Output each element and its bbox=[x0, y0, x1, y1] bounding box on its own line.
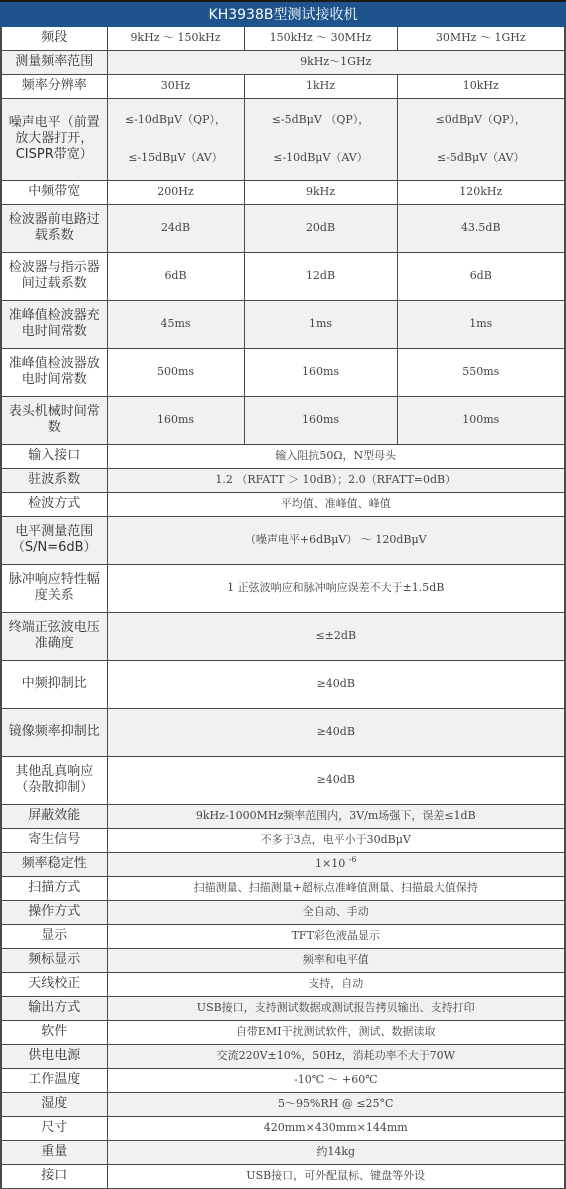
cell-value: TFT彩色液晶显示 bbox=[107, 924, 564, 948]
row-label: 频标显示 bbox=[2, 948, 107, 972]
noise-qp: ≤0dBμV（QP）， bbox=[401, 112, 562, 128]
row-label: 软件 bbox=[2, 1020, 107, 1044]
table-row: 扫描方式扫描测量、扫描测量+超标点准峰值测量、扫描最大值保持 bbox=[2, 876, 564, 900]
cell-value: 支持，自动 bbox=[107, 972, 564, 996]
table-row: 供电电源交流220V±10%，50Hz，消耗功率不大于70W bbox=[2, 1044, 564, 1068]
row-label: 工作温度 bbox=[2, 1068, 107, 1092]
cell-value: 1ms bbox=[244, 300, 397, 348]
cell-value: 12dB bbox=[244, 252, 397, 300]
row-label: 噪声电平（前置放大器打开，CISPR带宽） bbox=[2, 98, 107, 180]
table-row: 终端正弦波电压准确度≤±2dB bbox=[2, 612, 564, 660]
table-row: 检波方式平均值、准峰值、峰值 bbox=[2, 492, 564, 516]
cell-value: 5～95%RH @ ≤25°C bbox=[107, 1092, 564, 1116]
value-text: ≥40dB bbox=[317, 773, 355, 786]
row-label: 镜像频率抑制比 bbox=[2, 708, 107, 756]
table-row: 湿度5～95%RH @ ≤25°C bbox=[2, 1092, 564, 1116]
cell-value: -10℃ ～ +60℃ bbox=[107, 1068, 564, 1092]
value-text: ≥40dB bbox=[317, 725, 355, 738]
cell-value: 全自动、手动 bbox=[107, 900, 564, 924]
noise-av: ≤-10dBμV（AV） bbox=[248, 150, 394, 166]
spec-table: 频段 9kHz ～ 150kHz 150kHz ～ 30MHz 30MHz ～ … bbox=[2, 27, 564, 1188]
cell-value: 9kHz bbox=[244, 180, 397, 204]
table-row: 重量约14kg bbox=[2, 1140, 564, 1164]
table-title: KH3938B型测试接收机 bbox=[0, 0, 566, 27]
value-text: 9kHz-1000MHz频率范围内，3V/m场强下，误差≤1dB bbox=[196, 809, 476, 822]
table-row: 镜像频率抑制比≥40dB bbox=[2, 708, 564, 756]
row-label: 表头机械时间常数 bbox=[2, 396, 107, 444]
row-label: 中频抑制比 bbox=[2, 660, 107, 708]
cell-value: 扫描测量、扫描测量+超标点准峰值测量、扫描最大值保持 bbox=[107, 876, 564, 900]
cell-value: 100ms bbox=[397, 396, 564, 444]
row-label: 尺寸 bbox=[2, 1116, 107, 1140]
value-text: 420mm×430mm×144mm bbox=[264, 1121, 408, 1134]
row-label: 准峰值检波器放电时间常数 bbox=[2, 348, 107, 396]
row-label: 输入接口 bbox=[2, 444, 107, 468]
cell-band-1: 9kHz ～ 150kHz bbox=[107, 27, 244, 50]
table-row-det-overload: 检波器与指示器间过载系数 6dB 12dB 6dB bbox=[2, 252, 564, 300]
row-label: 电平测量范围（S/N=6dB） bbox=[2, 516, 107, 564]
table-row-range: 测量频率范围 9kHz～1GHz bbox=[2, 50, 564, 74]
row-label: 操作方式 bbox=[2, 900, 107, 924]
cell-value: 自带EMI干扰测试软件，测试、数据读取 bbox=[107, 1020, 564, 1044]
cell-value: 420mm×430mm×144mm bbox=[107, 1116, 564, 1140]
value-text: 交流220V±10%，50Hz，消耗功率不大于70W bbox=[217, 1049, 455, 1062]
cell-band-3: 30MHz ～ 1GHz bbox=[397, 27, 564, 50]
row-label: 检波方式 bbox=[2, 492, 107, 516]
noise-av: ≤-15dBμV（AV） bbox=[111, 150, 241, 166]
cell-value: 输入阻抗50Ω，N型母头 bbox=[107, 444, 564, 468]
value-text: 1 正弦波响应和脉冲响应误差不大于±1.5dB bbox=[227, 581, 444, 594]
value-text: -10℃ ～ +60℃ bbox=[294, 1073, 378, 1086]
row-label: 脉冲响应特性幅度关系 bbox=[2, 564, 107, 612]
table-row: 频率稳定性1×10 -6 bbox=[2, 852, 564, 876]
cell-value: 约14kg bbox=[107, 1140, 564, 1164]
row-label: 其他乱真响应（杂散抑制） bbox=[2, 756, 107, 804]
row-label: 驻波系数 bbox=[2, 468, 107, 492]
table-row-qp-discharge: 准峰值检波器放电时间常数 500ms 160ms 550ms bbox=[2, 348, 564, 396]
cell-value: （噪声电平+6dBμV） ～ 120dBμV bbox=[107, 516, 564, 564]
row-label: 重量 bbox=[2, 1140, 107, 1164]
row-label: 天线校正 bbox=[2, 972, 107, 996]
table-row-qp-charge: 准峰值检波器充电时间常数 45ms 1ms 1ms bbox=[2, 300, 564, 348]
row-label: 测量频率范围 bbox=[2, 50, 107, 74]
row-label: 频率分辨率 bbox=[2, 74, 107, 98]
cell-value: 20dB bbox=[244, 204, 397, 252]
table-row-noise: 噪声电平（前置放大器打开，CISPR带宽） ≤-10dBμV（QP），≤-15d… bbox=[2, 98, 564, 180]
value-text: 5～95%RH @ ≤25°C bbox=[278, 1097, 393, 1110]
table-row: 工作温度-10℃ ～ +60℃ bbox=[2, 1068, 564, 1092]
table-row: 天线校正支持，自动 bbox=[2, 972, 564, 996]
value-text: 频率和电平值 bbox=[303, 953, 369, 966]
cell-value: 160ms bbox=[244, 396, 397, 444]
value-text: 输入阻抗50Ω，N型母头 bbox=[275, 449, 396, 462]
row-label: 准峰值检波器充电时间常数 bbox=[2, 300, 107, 348]
table-row: 尺寸420mm×430mm×144mm bbox=[2, 1116, 564, 1140]
table-row: 屏蔽效能9kHz-1000MHz频率范围内，3V/m场强下，误差≤1dB bbox=[2, 804, 564, 828]
noise-qp: ≤-10dBμV（QP）， bbox=[111, 112, 241, 128]
cell-value: 24dB bbox=[107, 204, 244, 252]
cell-value: ≥40dB bbox=[107, 660, 564, 708]
row-label: 频段 bbox=[2, 27, 107, 50]
cell-value: ≥40dB bbox=[107, 708, 564, 756]
cell-value: 45ms bbox=[107, 300, 244, 348]
value-text: 1×10 bbox=[315, 857, 345, 870]
row-label: 频率稳定性 bbox=[2, 852, 107, 876]
table-row: 其他乱真响应（杂散抑制）≥40dB bbox=[2, 756, 564, 804]
value-text: 约14kg bbox=[316, 1145, 355, 1158]
cell-value: ≤-5dBμV （QP），≤-10dBμV（AV） bbox=[244, 98, 397, 180]
cell-value: ≥40dB bbox=[107, 756, 564, 804]
table-row: 输入接口输入阻抗50Ω，N型母头 bbox=[2, 444, 564, 468]
cell-value: 160ms bbox=[107, 396, 244, 444]
cell-value: USB接口，可外配鼠标、键盘等外设 bbox=[107, 1164, 564, 1188]
row-label: 扫描方式 bbox=[2, 876, 107, 900]
cell-value: USB接口，支持测试数据或测试报告拷贝输出、支持打印 bbox=[107, 996, 564, 1020]
table-row: 驻波系数1.2 （RFATT ＞ 10dB）；2.0（RFATT=0dB） bbox=[2, 468, 564, 492]
cell-value: 1.2 （RFATT ＞ 10dB）；2.0（RFATT=0dB） bbox=[107, 468, 564, 492]
cell-value: 6dB bbox=[107, 252, 244, 300]
value-text: ≤±2dB bbox=[315, 629, 356, 642]
cell-value: 43.5dB bbox=[397, 204, 564, 252]
cell-value: 1×10 -6 bbox=[107, 852, 564, 876]
table-row: 接口USB接口，可外配鼠标、键盘等外设 bbox=[2, 1164, 564, 1188]
cell-value: ≤-10dBμV（QP），≤-15dBμV（AV） bbox=[107, 98, 244, 180]
table-row-meter-time: 表头机械时间常数 160ms 160ms 100ms bbox=[2, 396, 564, 444]
cell-value: ≤±2dB bbox=[107, 612, 564, 660]
row-label: 输出方式 bbox=[2, 996, 107, 1020]
cell-value: 500ms bbox=[107, 348, 244, 396]
cell-value: 6dB bbox=[397, 252, 564, 300]
table-row-bands: 频段 9kHz ～ 150kHz 150kHz ～ 30MHz 30MHz ～ … bbox=[2, 27, 564, 50]
cell-value: 9kHz～1GHz bbox=[107, 50, 564, 74]
noise-av: ≤-5dBμV（AV） bbox=[401, 150, 562, 166]
row-label: 检波器前电路过载系数 bbox=[2, 204, 107, 252]
row-label: 显示 bbox=[2, 924, 107, 948]
row-label: 中频带宽 bbox=[2, 180, 107, 204]
cell-value: 频率和电平值 bbox=[107, 948, 564, 972]
cell-value: 160ms bbox=[244, 348, 397, 396]
table-row-pre-overload: 检波器前电路过载系数 24dB 20dB 43.5dB bbox=[2, 204, 564, 252]
value-text: 全自动、手动 bbox=[303, 905, 369, 918]
value-text: 1.2 （RFATT ＞ 10dB）；2.0（RFATT=0dB） bbox=[215, 473, 456, 486]
table-row: 软件自带EMI干扰测试软件，测试、数据读取 bbox=[2, 1020, 564, 1044]
cell-value: 30Hz bbox=[107, 74, 244, 98]
row-label: 供电电源 bbox=[2, 1044, 107, 1068]
cell-band-2: 150kHz ～ 30MHz bbox=[244, 27, 397, 50]
table-row-resolution: 频率分辨率 30Hz 1kHz 10kHz bbox=[2, 74, 564, 98]
value-text: ≥40dB bbox=[317, 677, 355, 690]
table-row: 显示TFT彩色液晶显示 bbox=[2, 924, 564, 948]
table-row: 电平测量范围（S/N=6dB）（噪声电平+6dBμV） ～ 120dBμV bbox=[2, 516, 564, 564]
cell-value: ≤0dBμV（QP），≤-5dBμV（AV） bbox=[397, 98, 564, 180]
table-row-if-bandwidth: 中频带宽 200Hz 9kHz 120kHz bbox=[2, 180, 564, 204]
value-text: TFT彩色液晶显示 bbox=[292, 929, 380, 942]
spec-table-container: KH3938B型测试接收机 频段 9kHz ～ 150kHz 150kHz ～ … bbox=[0, 0, 566, 1189]
cell-value: 1 正弦波响应和脉冲响应误差不大于±1.5dB bbox=[107, 564, 564, 612]
exponent: -6 bbox=[349, 855, 357, 864]
cell-value: 10kHz bbox=[397, 74, 564, 98]
value-text: 扫描测量、扫描测量+超标点准峰值测量、扫描最大值保持 bbox=[194, 881, 478, 894]
value-text: （噪声电平+6dBμV） ～ 120dBμV bbox=[245, 533, 427, 546]
table-row: 操作方式全自动、手动 bbox=[2, 900, 564, 924]
table-row: 输出方式USB接口，支持测试数据或测试报告拷贝输出、支持打印 bbox=[2, 996, 564, 1020]
value-text: 平均值、准峰值、峰值 bbox=[281, 497, 391, 510]
row-label: 检波器与指示器间过载系数 bbox=[2, 252, 107, 300]
cell-value: 120kHz bbox=[397, 180, 564, 204]
table-row: 频标显示频率和电平值 bbox=[2, 948, 564, 972]
table-row: 中频抑制比≥40dB bbox=[2, 660, 564, 708]
cell-value: 200Hz bbox=[107, 180, 244, 204]
value-text: USB接口，支持测试数据或测试报告拷贝输出、支持打印 bbox=[197, 1001, 475, 1014]
row-label: 湿度 bbox=[2, 1092, 107, 1116]
value-text: 不多于3点，电平小于30dBμV bbox=[261, 833, 411, 846]
noise-qp: ≤-5dBμV （QP）， bbox=[248, 112, 394, 128]
row-label: 屏蔽效能 bbox=[2, 804, 107, 828]
cell-value: 1kHz bbox=[244, 74, 397, 98]
cell-value: 9kHz-1000MHz频率范围内，3V/m场强下，误差≤1dB bbox=[107, 804, 564, 828]
row-label: 寄生信号 bbox=[2, 828, 107, 852]
cell-value: 550ms bbox=[397, 348, 564, 396]
value-text: 自带EMI干扰测试软件，测试、数据读取 bbox=[236, 1025, 436, 1038]
cell-value: 交流220V±10%，50Hz，消耗功率不大于70W bbox=[107, 1044, 564, 1068]
value-text: USB接口，可外配鼠标、键盘等外设 bbox=[246, 1169, 425, 1182]
row-label: 接口 bbox=[2, 1164, 107, 1188]
value-text: 支持，自动 bbox=[308, 977, 363, 990]
row-label: 终端正弦波电压准确度 bbox=[2, 612, 107, 660]
cell-value: 平均值、准峰值、峰值 bbox=[107, 492, 564, 516]
table-row: 寄生信号不多于3点，电平小于30dBμV bbox=[2, 828, 564, 852]
cell-value: 1ms bbox=[397, 300, 564, 348]
cell-value: 不多于3点，电平小于30dBμV bbox=[107, 828, 564, 852]
table-row: 脉冲响应特性幅度关系1 正弦波响应和脉冲响应误差不大于±1.5dB bbox=[2, 564, 564, 612]
